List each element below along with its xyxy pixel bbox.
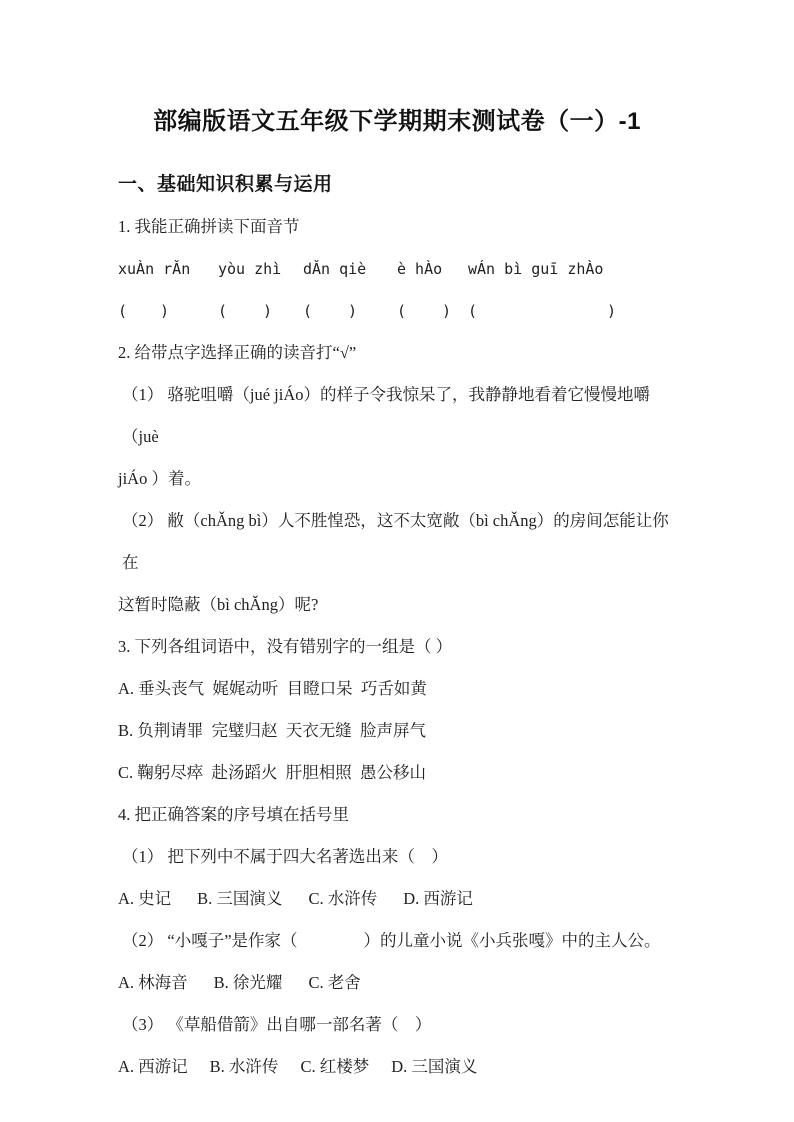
- q4-part2-stem: （2） “小嘎子”是作家（ ）的儿童小说《小兵张嘎》中的主人公。: [118, 920, 676, 962]
- section-heading: 一、基础知识积累与运用: [118, 172, 676, 198]
- q4-part1-stem: （1） 把下列中不属于四大名著选出来（ ）: [118, 836, 676, 878]
- pinyin-syllable-5: wÁn bì guī zhÀo: [468, 248, 628, 290]
- bracket-blank: [406, 315, 442, 316]
- q3-option-b: B. 负荆请罪 完璧归赵 天衣无缝 脸声屏气: [118, 710, 676, 752]
- bracket-open: (: [218, 302, 227, 320]
- bracket-open: (: [468, 302, 477, 320]
- paper-body: 1. 我能正确拼读下面音节 xuÀn rǍn yòu zhì dǍn qiè è…: [118, 206, 676, 1088]
- page-title: 部编版语文五年级下学期期末测试卷（一）-1: [118, 104, 676, 140]
- option-b: B. 三国演义: [197, 878, 282, 920]
- q2-part2-line2: 这暂时隐蔽（bì chǍng）呢?: [118, 584, 676, 626]
- q2-part1-line1: （1） 骆驼咀嚼（jué jiÁo）的样子令我惊呆了，我静静地看着它慢慢地嚼（j…: [118, 374, 676, 458]
- bracket-open: (: [118, 302, 127, 320]
- option-a: A. 林海音: [118, 962, 188, 1004]
- bracket-close: ): [348, 302, 357, 320]
- option-a: A. 史记: [118, 878, 171, 920]
- option-d: D. 西游记: [403, 878, 473, 920]
- answer-bracket-3: (): [303, 290, 397, 332]
- bracket-close: ): [160, 302, 169, 320]
- answer-bracket-4: (): [397, 290, 468, 332]
- bracket-open: (: [397, 302, 406, 320]
- bracket-blank: [312, 315, 348, 316]
- bracket-close: ): [607, 302, 616, 320]
- answer-bracket-1: (): [118, 290, 218, 332]
- option-b: B. 徐光耀: [214, 962, 283, 1004]
- q2-stem: 2. 给带点字选择正确的读音打“√”: [118, 332, 676, 374]
- bracket-blank: [477, 315, 607, 316]
- bracket-blank: [227, 315, 263, 316]
- option-a: A. 西游记: [118, 1046, 188, 1088]
- q1-answer-bracket-row: () () () () (): [118, 290, 676, 332]
- option-c: C. 水浒传: [308, 878, 377, 920]
- option-c: C. 红楼梦: [300, 1046, 369, 1088]
- q1-stem: 1. 我能正确拼读下面音节: [118, 206, 676, 248]
- q3-option-c: C. 鞠躬尽瘁 赴汤蹈火 肝胆相照 愚公移山: [118, 752, 676, 794]
- q2-part1-line2: jiÁo ）着。: [118, 458, 676, 500]
- pinyin-syllable-2: yòu zhì: [218, 248, 303, 290]
- option-c: C. 老舍: [308, 962, 360, 1004]
- option-d: D. 三国演义: [391, 1046, 477, 1088]
- q4-part1-options: A. 史记 B. 三国演义 C. 水浒传 D. 西游记: [118, 878, 676, 920]
- bracket-close: ): [263, 302, 272, 320]
- bracket-close: ): [442, 302, 451, 320]
- pinyin-syllable-3: dǍn qiè: [303, 248, 397, 290]
- q4-part2-options: A. 林海音 B. 徐光耀 C. 老舍: [118, 962, 676, 1004]
- pinyin-syllable-4: è hÀo: [397, 248, 468, 290]
- option-b: B. 水浒传: [210, 1046, 279, 1088]
- q4-part3-options: A. 西游记 B. 水浒传 C. 红楼梦 D. 三国演义: [118, 1046, 676, 1088]
- answer-bracket-5: (): [468, 290, 628, 332]
- q3-stem: 3. 下列各组词语中，没有错别字的一组是（ ）: [118, 626, 676, 668]
- q3-option-a: A. 垂头丧气 娓娓动听 目瞪口呆 巧舌如黄: [118, 668, 676, 710]
- bracket-open: (: [303, 302, 312, 320]
- test-paper-page: 部编版语文五年级下学期期末测试卷（一）-1 一、基础知识积累与运用 1. 我能正…: [0, 0, 794, 1122]
- bracket-blank: [127, 315, 160, 316]
- q4-part3-stem: （3） 《草船借箭》出自哪一部名著（ ）: [118, 1004, 676, 1046]
- q1-pinyin-row: xuÀn rǍn yòu zhì dǍn qiè è hÀo wÁn bì gu…: [118, 248, 676, 290]
- pinyin-syllable-1: xuÀn rǍn: [118, 248, 218, 290]
- q2-part2-line1: （2） 敝（chǍng bì）人不胜惶恐，这不太宽敞（bì chǍng）的房间怎…: [118, 500, 676, 584]
- q4-stem: 4. 把正确答案的序号填在括号里: [118, 794, 676, 836]
- answer-bracket-2: (): [218, 290, 303, 332]
